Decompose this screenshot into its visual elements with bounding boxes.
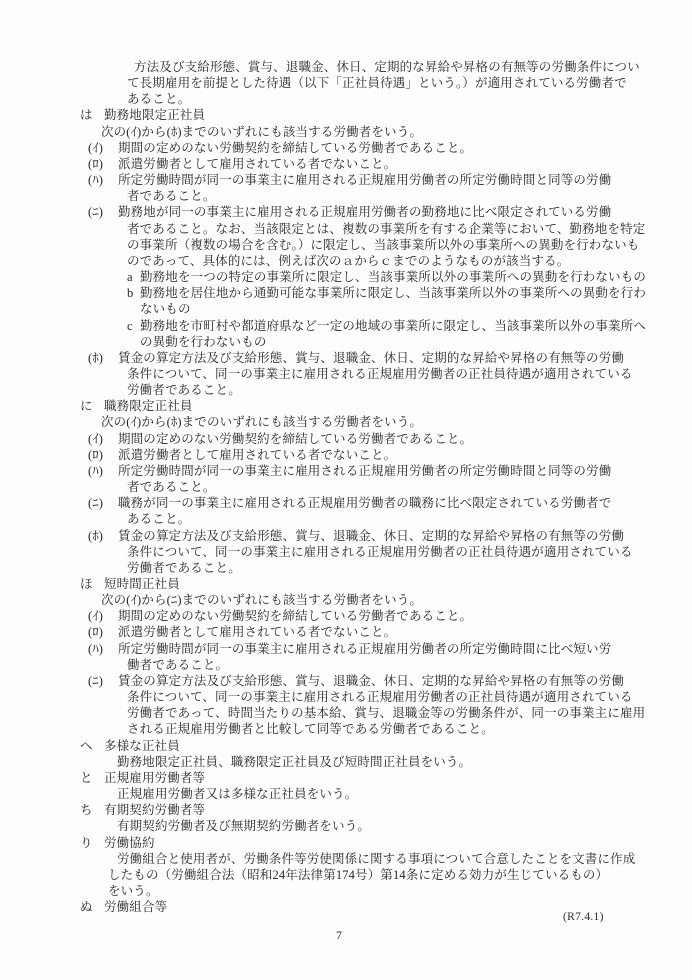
item-marker: (ｲ) [88, 140, 103, 156]
item-text: 所定労働時間が同一の事業主に雇用される正規雇用労働者の所定労働時間と同等の労働 … [118, 464, 611, 494]
section-heading-ni: に職務限定正社員 [0, 398, 692, 414]
paragraph-text: 次の(ｲ)から(ﾎ)までのいずれにも該当する労働者をいう。 [101, 415, 422, 429]
definition-text: 労働組合と使用者が、労働条件等労使関係に関する事項について合意したことを文書に作… [0, 851, 692, 899]
paragraph-text: 次の(ｲ)から(ﾆ)までのいずれにも該当する労働者をいう。 [101, 593, 422, 607]
list-item: (ｲ)期間の定めのない労働契約を締結している労働者であること。 [0, 608, 692, 624]
list-item: (ﾆ)賃金の算定方法及び支給形態、賞与、退職金、休日、定期的な昇給や昇格の有無等… [0, 673, 692, 738]
item-text: 所定労働時間が同一の事業主に雇用される正規雇用労働者の所定労働時間と同等の労働 … [118, 173, 611, 203]
section-title: 短時間正社員 [104, 577, 180, 591]
section-heading-ri: り労働協約 [0, 835, 692, 851]
item-text: 賃金の算定方法及び支給形態、賞与、退職金、休日、定期的な昇給や昇格の有無等の労働… [118, 529, 633, 575]
list-item: (ﾎ)賃金の算定方法及び支給形態、賞与、退職金、休日、定期的な昇給や昇格の有無等… [0, 528, 692, 576]
section-heading-to: と正規雇用労働者等 [0, 770, 692, 786]
list-item: (ﾊ)所定労働時間が同一の事業主に雇用される正規雇用労働者の所定労働時間と同等の… [0, 172, 692, 204]
list-item: (ﾆ)職務が同一の事業主に雇用される正規雇用労働者の職務に比べ限定されている労働… [0, 495, 692, 527]
sub-item-marker: c [127, 318, 133, 334]
paragraph: 方法及び支給形態、賞与、退職金、休日、定期的な昇給や昇格の有無等の労働条件につい… [0, 59, 692, 107]
section-marker: と [80, 770, 93, 786]
section-marker: は [80, 107, 93, 123]
paragraph-text: 方法及び支給形態、賞与、退職金、休日、定期的な昇給や昇格の有無等の労働条件につい… [127, 60, 640, 106]
section-heading-ho: ほ短時間正社員 [0, 576, 692, 592]
sub-item-marker: a [127, 269, 133, 285]
section-heading-he: へ多様な正社員 [0, 738, 692, 754]
item-text: 期間の定めのない労働契約を締結している労働者であること。 [118, 432, 472, 446]
paragraph-text: 次の(ｲ)から(ﾎ)までのいずれにも該当する労働者をいう。 [101, 125, 422, 139]
definition-text: 勤務地限定正社員、職務限定正社員及び短時間正社員をいう。 [0, 754, 692, 770]
paragraph-text: 有期契約労働者及び無期契約労働者をいう。 [117, 819, 370, 833]
sub-list-item: a勤務地を一つの特定の事業所に限定し、当該事業所以外の事業所への異動を行わないも… [0, 269, 692, 285]
item-text: 派遣労働者として雇用されている者でないこと。 [118, 448, 396, 462]
item-marker: (ﾊ) [88, 172, 103, 188]
section-marker: ち [80, 802, 93, 818]
section-title: 職務限定正社員 [104, 399, 193, 413]
item-marker: (ﾊ) [88, 463, 103, 479]
item-text: 期間の定めのない労働契約を締結している労働者であること。 [118, 141, 472, 155]
section-intro: 次の(ｲ)から(ﾎ)までのいずれにも該当する労働者をいう。 [0, 414, 692, 430]
sub-list-item: c勤務地を市町村や都道府県など一定の地域の事業所に限定し、当該事業所以外の事業所… [0, 318, 692, 350]
item-text: 派遣労働者として雇用されている者でないこと。 [118, 625, 396, 639]
item-text: 職務が同一の事業主に雇用される正規雇用労働者の職務に比べ限定されている労働者で … [118, 496, 611, 526]
revision-date: (R7.4.1) [563, 911, 604, 923]
section-heading-ha: は勤務地限定正社員 [0, 107, 692, 123]
section-title: 勤務地限定正社員 [104, 108, 205, 122]
item-marker: (ﾎ) [88, 528, 103, 544]
section-heading-chi: ち有期契約労働者等 [0, 802, 692, 818]
section-intro: 次の(ｲ)から(ﾎ)までのいずれにも該当する労働者をいう。 [0, 124, 692, 140]
item-text: 賃金の算定方法及び支給形態、賞与、退職金、休日、定期的な昇給や昇格の有無等の労働… [118, 351, 633, 397]
sub-item-text: 勤務地を市町村や都道府県など一定の地域の事業所に限定し、当該事業所以外の事業所へ… [140, 319, 646, 349]
item-marker: (ﾛ) [88, 624, 103, 640]
item-marker: (ﾊ) [88, 641, 103, 657]
section-title: 有期契約労働者等 [104, 803, 205, 817]
item-marker: (ｲ) [88, 431, 103, 447]
item-marker: (ﾆ) [88, 204, 103, 220]
list-item: (ﾎ)賃金の算定方法及び支給形態、賞与、退職金、休日、定期的な昇給や昇格の有無等… [0, 350, 692, 398]
paragraph-text: 正規雇用労働者又は多様な正社員をいう。 [117, 787, 357, 801]
list-item: (ﾛ)派遣労働者として雇用されている者でないこと。 [0, 156, 692, 172]
item-text: 派遣労働者として雇用されている者でないこと。 [118, 157, 396, 171]
paragraph-text: 労働組合と使用者が、労働条件等労使関係に関する事項について合意したことを文書に作… [108, 852, 635, 898]
sub-list-item: b勤務地を居住地から通勤可能な事業所に限定し、当該事業所以外の事業所への異動を行… [0, 285, 692, 317]
list-item: (ﾊ)所定労働時間が同一の事業主に雇用される正規雇用労働者の所定労働時間に比べ短… [0, 641, 692, 673]
list-item: (ﾛ)派遣労働者として雇用されている者でないこと。 [0, 447, 692, 463]
list-item: (ﾊ)所定労働時間が同一の事業主に雇用される正規雇用労働者の所定労働時間と同等の… [0, 463, 692, 495]
section-title: 労働組合等 [104, 900, 167, 914]
sub-item-text: 勤務地を一つの特定の事業所に限定し、当該事業所以外の事業所への異動を行わないもの [140, 270, 646, 284]
section-title: 正規雇用労働者等 [104, 771, 205, 785]
section-marker: へ [80, 738, 93, 754]
item-text: 所定労働時間が同一の事業主に雇用される正規雇用労働者の所定労働時間に比べ短い労 … [118, 642, 611, 672]
item-marker: (ｲ) [88, 608, 103, 624]
item-text: 賃金の算定方法及び支給形態、賞与、退職金、休日、定期的な昇給や昇格の有無等の労働… [118, 674, 645, 736]
sub-item-text: 勤務地を居住地から通勤可能な事業所に限定し、当該事業所以外の事業所への異動を行わ… [140, 286, 646, 316]
paragraph-text: 勤務地限定正社員、職務限定正社員及び短時間正社員をいう。 [117, 755, 471, 769]
item-text: 期間の定めのない労働契約を締結している労働者であること。 [118, 609, 472, 623]
section-intro: 次の(ｲ)から(ﾆ)までのいずれにも該当する労働者をいう。 [0, 592, 692, 608]
item-marker: (ﾆ) [88, 673, 103, 689]
list-item: (ﾛ)派遣労働者として雇用されている者でないこと。 [0, 624, 692, 640]
list-item: (ｲ)期間の定めのない労働契約を締結している労働者であること。 [0, 431, 692, 447]
item-marker: (ﾛ) [88, 156, 103, 172]
page-number: 7 [0, 928, 678, 943]
section-marker: に [80, 398, 93, 414]
section-marker: ほ [80, 576, 93, 592]
item-marker: (ﾛ) [88, 447, 103, 463]
definition-text: 正規雇用労働者又は多様な正社員をいう。 [0, 786, 692, 802]
item-text: 勤務地が同一の事業主に雇用される正規雇用労働者の勤務地に比べ限定されている労働 … [118, 205, 645, 267]
list-item: (ﾆ)勤務地が同一の事業主に雇用される正規雇用労働者の勤務地に比べ限定されている… [0, 204, 692, 269]
document-page: 方法及び支給形態、賞与、退職金、休日、定期的な昇給や昇格の有無等の労働条件につい… [0, 59, 692, 915]
item-marker: (ﾎ) [88, 350, 103, 366]
definition-text: 有期契約労働者及び無期契約労働者をいう。 [0, 818, 692, 834]
section-marker: り [80, 835, 93, 851]
section-title: 労働協約 [104, 836, 155, 850]
list-item: (ｲ)期間の定めのない労働契約を締結している労働者であること。 [0, 140, 692, 156]
sub-item-marker: b [127, 285, 133, 301]
section-marker: ぬ [80, 899, 93, 915]
section-title: 多様な正社員 [104, 739, 180, 753]
item-marker: (ﾆ) [88, 495, 103, 511]
